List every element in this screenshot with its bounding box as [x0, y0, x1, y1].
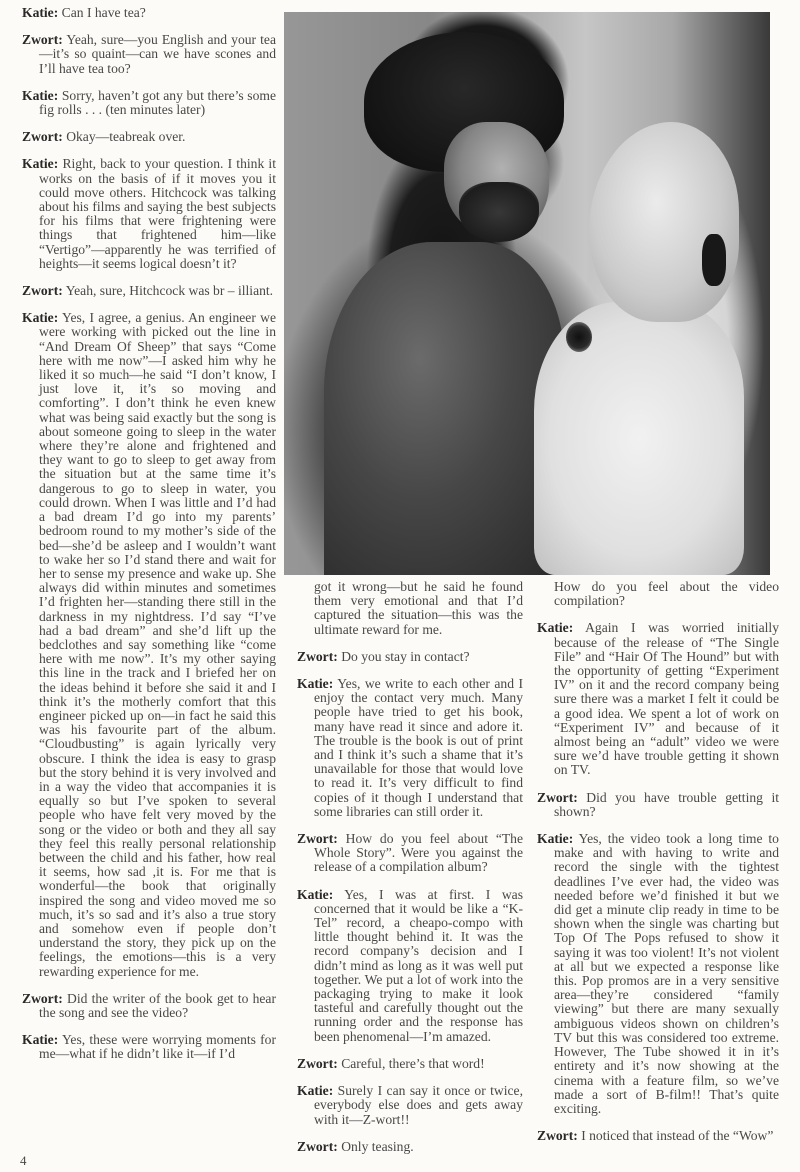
dialogue-paragraph: Katie: Surely I can say it once or twice…	[297, 1084, 523, 1127]
dialogue-text: Right, back to your question. I think it…	[39, 156, 276, 270]
speaker-label: Zwort:	[297, 831, 338, 846]
speaker-label: Katie:	[297, 676, 333, 691]
dialogue-text: got it wrong—but he said he found them v…	[314, 579, 523, 637]
dialogue-paragraph: Katie: Yes, we write to each other and I…	[297, 677, 523, 819]
dialogue-text: Only teasing.	[341, 1139, 414, 1154]
photo-coat-shape	[324, 242, 564, 575]
dialogue-paragraph: Katie: Yes, I was at first. I was concer…	[297, 888, 523, 1044]
right-column: How do you feel about the video compilat…	[537, 580, 779, 1156]
dialogue-paragraph: Zwort: How do you feel about “The Whole …	[297, 832, 523, 875]
speaker-label: Zwort:	[537, 1128, 578, 1143]
page-number: 4	[20, 1153, 27, 1169]
dialogue-paragraph: Zwort: Yeah, sure, Hitchcock was br – il…	[22, 284, 276, 298]
dialogue-text: I noticed that instead of the “Wow”	[581, 1128, 773, 1143]
speaker-label: Zwort:	[537, 790, 578, 805]
speaker-label: Katie:	[22, 310, 58, 325]
dialogue-text: Yes, the video took a long time to make …	[554, 831, 779, 1116]
dialogue-paragraph: Katie: Sorry, haven’t got any but there’…	[22, 89, 276, 117]
speaker-label: Zwort:	[22, 32, 63, 47]
dialogue-paragraph: Zwort: Did you have trouble getting it s…	[537, 791, 779, 819]
dialogue-paragraph: Zwort: Only teasing.	[297, 1140, 523, 1154]
dialogue-text: Again I was worried initially because of…	[554, 620, 779, 777]
speaker-label: Zwort:	[297, 649, 338, 664]
dialogue-paragraph: Zwort: Okay—teabreak over.	[22, 130, 276, 144]
dialogue-paragraph: Zwort: Yeah, sure—you English and your t…	[22, 33, 276, 76]
dialogue-text: Okay—teabreak over.	[66, 129, 185, 144]
dialogue-paragraph: Zwort: Do you stay in contact?	[297, 650, 523, 664]
speaker-label: Zwort:	[297, 1056, 338, 1071]
dialogue-text: Yeah, sure—you English and your tea—it’s…	[39, 32, 276, 75]
interview-photo	[284, 12, 770, 575]
dialogue-text: Yes, I agree, a genius. An engineer we w…	[39, 310, 276, 978]
dialogue-continuation: How do you feel about the video compilat…	[537, 580, 779, 608]
dialogue-text: Sorry, haven’t got any but there’s some …	[39, 88, 276, 117]
dialogue-text: Yes, we write to each other and I enjoy …	[314, 676, 523, 819]
dialogue-paragraph: Zwort: Careful, there’s that word!	[297, 1057, 523, 1071]
dialogue-text: Surely I can say it once or twice, every…	[314, 1083, 523, 1126]
dialogue-paragraph: Zwort: I noticed that instead of the “Wo…	[537, 1129, 779, 1143]
speaker-label: Katie:	[22, 5, 58, 20]
dialogue-paragraph: Katie: Yes, the video took a long time t…	[537, 832, 779, 1116]
photo-bust-body-shape	[534, 302, 744, 575]
speaker-label: Zwort:	[22, 283, 63, 298]
photo-bust-head-shape	[589, 122, 739, 322]
speaker-label: Katie:	[537, 831, 573, 846]
left-column: Katie: Can I have tea? Zwort: Yeah, sure…	[22, 6, 276, 1075]
dialogue-text: Do you stay in contact?	[341, 649, 469, 664]
dialogue-paragraph: Katie: Yes, I agree, a genius. An engine…	[22, 311, 276, 979]
speaker-label: Katie:	[297, 1083, 333, 1098]
photo-bust-mouth-shape	[702, 234, 726, 286]
dialogue-text: Careful, there’s that word!	[341, 1056, 484, 1071]
middle-column: got it wrong—but he said he found them v…	[297, 580, 523, 1167]
dialogue-text: Yeah, sure, Hitchcock was br – illiant.	[66, 283, 273, 298]
photo-bust-hole-shape	[566, 322, 592, 352]
dialogue-text: Did you have trouble getting it shown?	[554, 790, 779, 819]
speaker-label: Zwort:	[22, 129, 63, 144]
dialogue-text: Can I have tea?	[62, 5, 146, 20]
dialogue-continuation: got it wrong—but he said he found them v…	[297, 580, 523, 637]
dialogue-paragraph: Zwort: Did the writer of the book get to…	[22, 992, 276, 1020]
dialogue-text: Did the writer of the book get to hear t…	[39, 991, 276, 1020]
speaker-label: Katie:	[297, 887, 333, 902]
speaker-label: Katie:	[22, 156, 58, 171]
speaker-label: Katie:	[22, 1032, 58, 1047]
dialogue-paragraph: Katie: Again I was worried initially bec…	[537, 621, 779, 777]
dialogue-paragraph: Katie: Can I have tea?	[22, 6, 276, 20]
speaker-label: Zwort:	[22, 991, 63, 1006]
dialogue-text: How do you feel about the video compilat…	[554, 579, 779, 608]
dialogue-paragraph: Katie: Yes, these were worrying moments …	[22, 1033, 276, 1061]
speaker-label: Zwort:	[297, 1139, 338, 1154]
speaker-label: Katie:	[22, 88, 58, 103]
dialogue-text: How do you feel about “The Whole Story”.…	[314, 831, 523, 874]
speaker-label: Katie:	[537, 620, 573, 635]
photo-beard-shape	[459, 182, 539, 242]
dialogue-paragraph: Katie: Right, back to your question. I t…	[22, 157, 276, 271]
dialogue-text: Yes, I was at first. I was concerned tha…	[314, 887, 523, 1044]
dialogue-text: Yes, these were worrying moments for me—…	[39, 1032, 276, 1061]
